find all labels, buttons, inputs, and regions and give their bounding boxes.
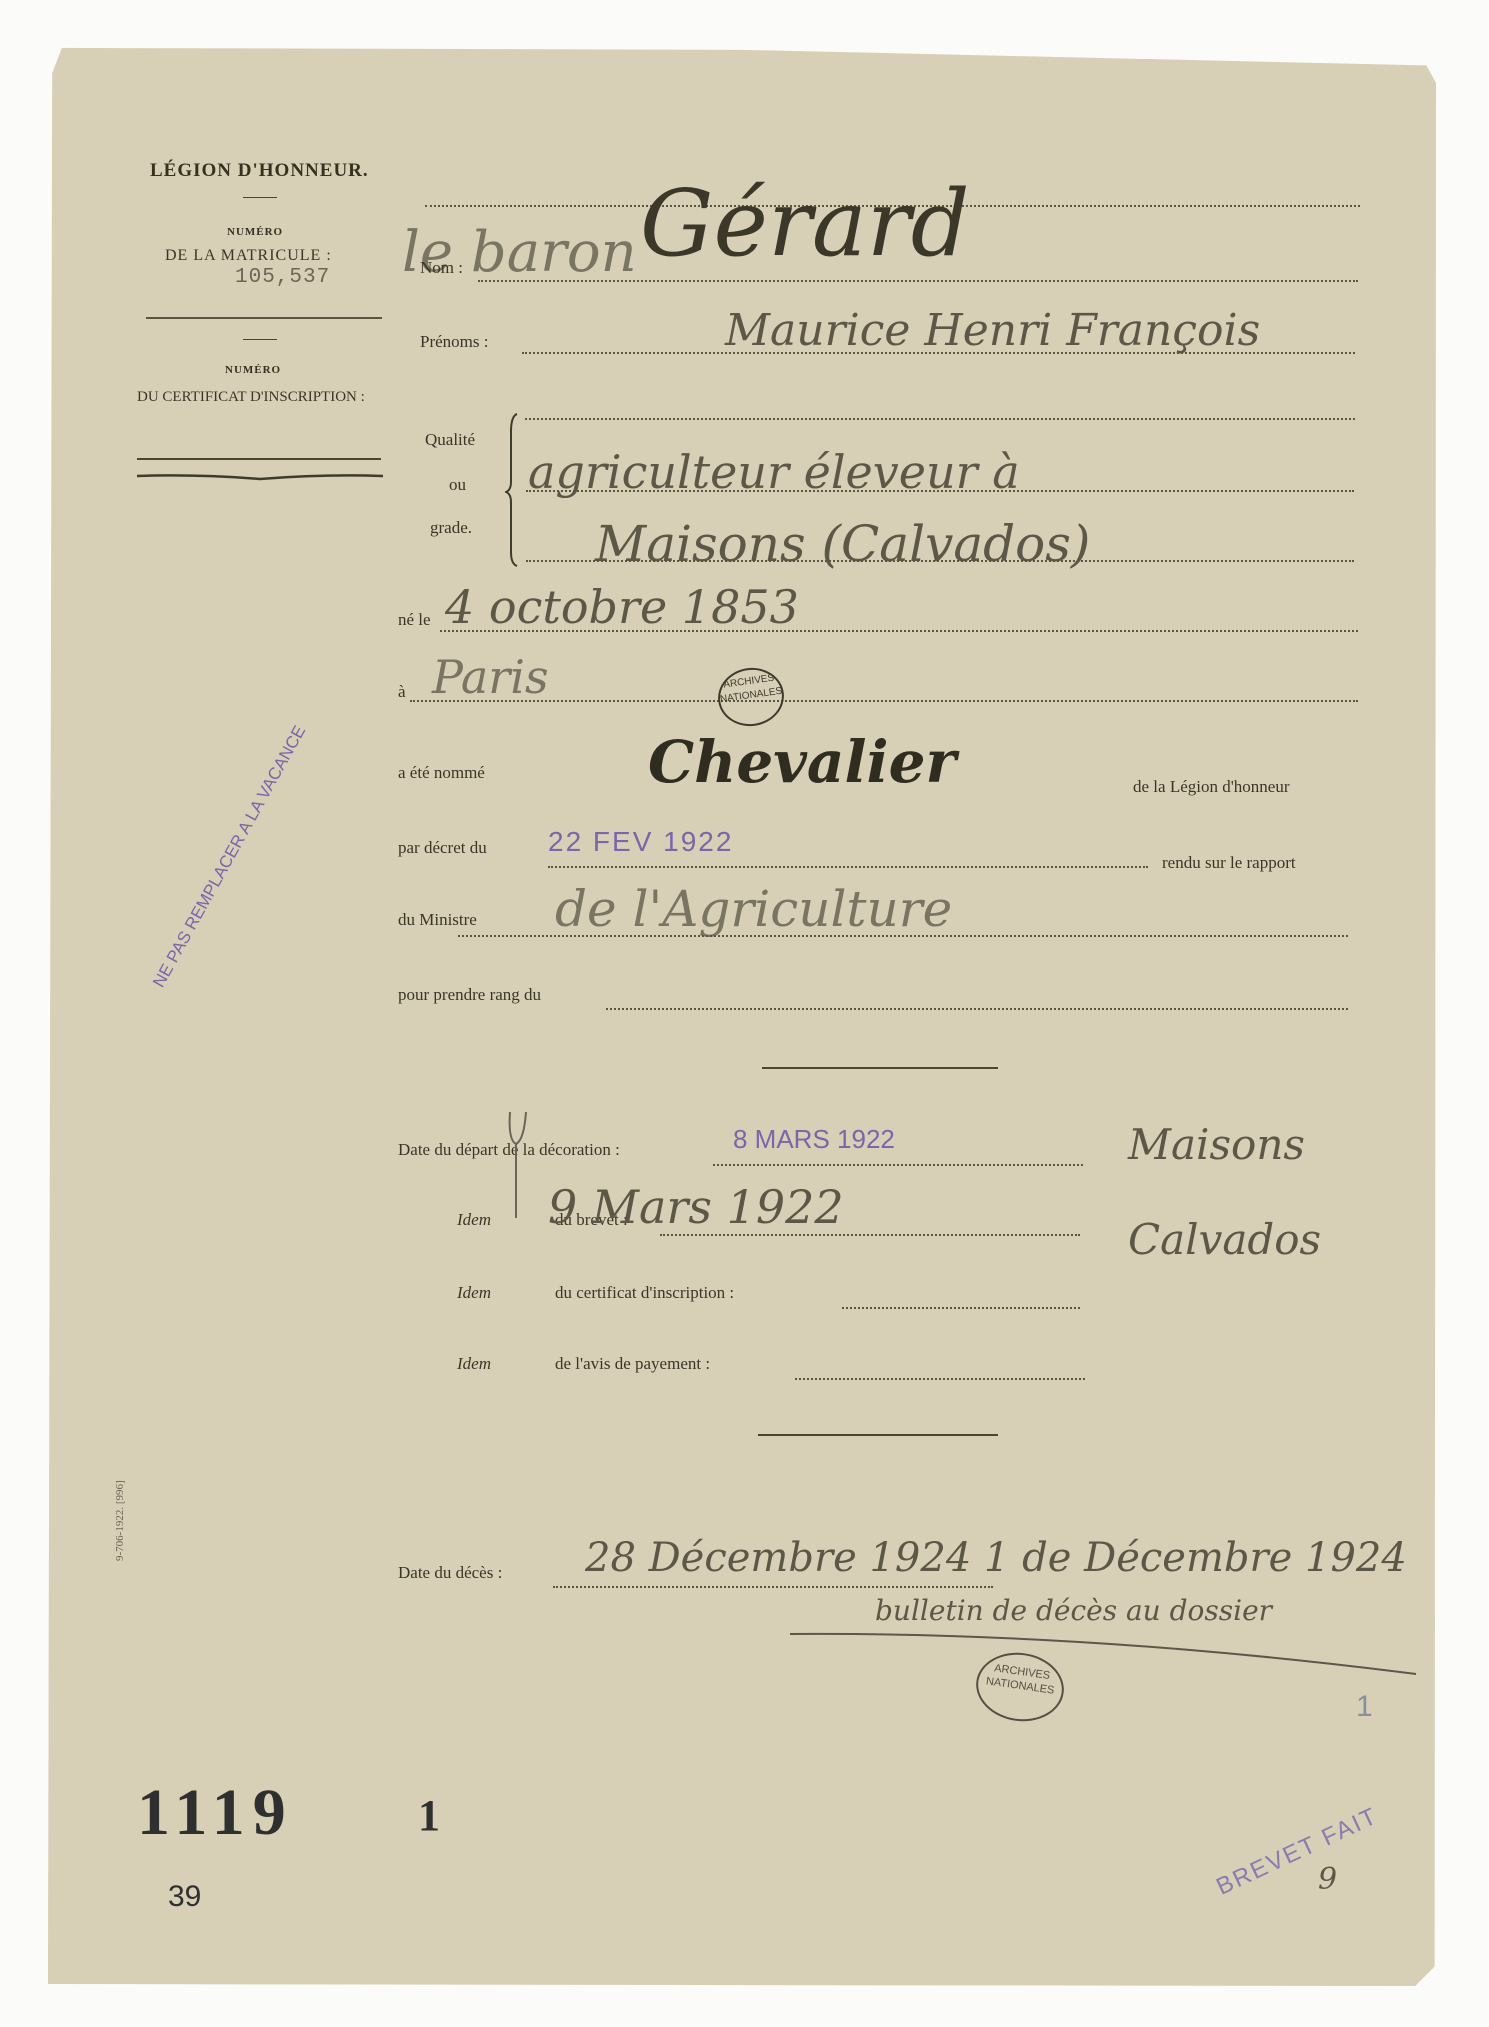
brevet-value: 9 Mars 1922 [548,1180,844,1234]
margin-note-line2: Calvados [1128,1215,1321,1264]
certificat-dispatch-label: du certificat d'inscription : [555,1283,734,1303]
divider [243,197,277,198]
corner-mark: 1 [1356,1690,1373,1724]
ne-le-label: né le [398,610,431,630]
prenoms-line [522,352,1355,354]
qualite-value-line2: Maisons (Calvados) [595,515,1090,573]
ornamental-divider [135,470,385,484]
qualite-label-2: ou [449,475,466,495]
ne-le-value: 4 octobre 1853 [445,580,799,634]
section-divider-2 [758,1434,998,1436]
deces-label: Date du décès : [398,1563,502,1583]
matricule-value: 105,537 [235,266,330,289]
ne-le-line [440,630,1358,632]
section-divider [762,1067,998,1069]
ministre-line [458,935,1348,937]
brevet-fait-mark: 9 [1318,1862,1337,1897]
brevet-line [660,1234,1080,1236]
qualite-line-2 [526,560,1354,562]
printer-note: 9-706-1922. [996] [114,1431,126,1561]
nomination-suffix: de la Légion d'honneur [1133,777,1290,797]
margin-note-line1: Maisons [1128,1120,1305,1169]
handwritten-mark [506,1110,530,1220]
nom-label: Nom : [420,258,463,278]
certificat-dispatch-line [842,1307,1080,1309]
dossier-number: 1119 [137,1775,294,1851]
certificat-heading: NUMÉRO [225,364,281,376]
rang-line [606,1008,1348,1010]
qualite-line-1 [526,490,1354,492]
matricule-label: DE LA MATRICULE : [165,247,332,265]
qualite-top-line [525,418,1355,420]
deces-line [553,1586,993,1588]
matricule-heading: NUMÉRO [227,226,283,238]
nomination-grade: Chevalier [648,728,956,796]
prenoms-label: Prénoms : [420,332,488,352]
lieu-value: Paris [432,650,549,704]
deces-note: bulletin de décès au dossier [875,1594,1272,1627]
decret-stamp: 22 FEV 1922 [548,826,733,858]
payement-idem: Idem [457,1354,491,1374]
certificat-line [137,458,381,460]
box-number: 39 [168,1880,201,1914]
divider [243,339,277,340]
qualite-label-3: grade. [430,518,472,538]
decret-label: par décret du [398,838,487,858]
payement-label: de l'avis de payement : [555,1354,710,1374]
brevet-idem: Idem [457,1210,491,1230]
payement-line [795,1378,1085,1380]
decret-line [548,866,1148,868]
certificat-idem: Idem [457,1283,491,1303]
lieu-label: à [398,682,406,702]
dossier-suffix: 1 [418,1790,440,1841]
certificat-label: DU CERTIFICAT D'INSCRIPTION : [137,389,365,406]
lieu-line [410,700,1358,702]
decret-suffix: rendu sur le rapport [1162,853,1296,873]
matricule-line [146,317,382,319]
nom-line [478,280,1358,282]
ministre-label: du Ministre [398,910,477,930]
ministre-value: de l'Agriculture [555,880,952,938]
prenoms-value: Maurice Henri François [725,305,1260,356]
rang-label: pour prendre rang du [398,985,541,1005]
legion-title: LÉGION D'HONNEUR. [150,160,369,182]
decoration-line [713,1164,1083,1166]
nomination-label: a été nommé [398,763,485,783]
qualite-brace [505,412,525,567]
nom-value: Gérard [640,170,970,277]
deces-value: 28 Décembre 1924 1 de Décembre 1924 [585,1535,1407,1581]
deces-underline [788,1628,1418,1678]
decoration-stamp: 8 MARS 1922 [733,1124,895,1155]
qualite-label-1: Qualité [425,430,475,450]
